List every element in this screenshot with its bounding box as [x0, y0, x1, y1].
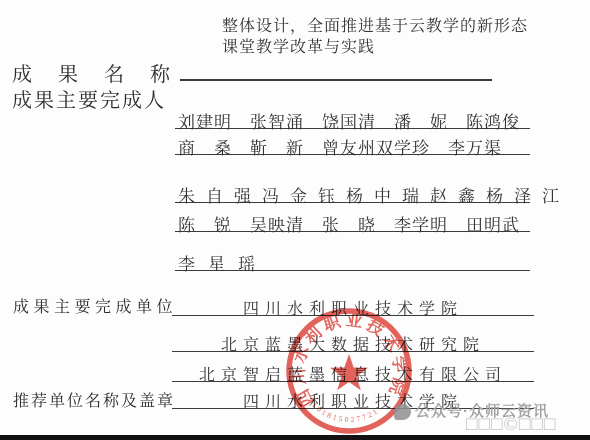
- main-unit-row-2: 北京蓝墨大数据技术研究院: [172, 332, 534, 352]
- main-unit-row-3: 北京智启蓝墨信息技术有限公司: [172, 362, 534, 382]
- achievement-name-underline: [180, 79, 492, 81]
- contributors-row-2: 商 桑 靳 新 曾友州双学珍 李万渠: [175, 134, 530, 155]
- main-units-label: 成果主要完成单位: [13, 294, 177, 317]
- achievement-name-label: 成果名称: [12, 58, 196, 87]
- recommender-label: 推荐单位名称及盖章: [13, 388, 175, 411]
- contributors-row-5: 李星瑶: [175, 250, 530, 271]
- scan-bottom-edge: [0, 435, 590, 440]
- main-unit-row-1: 四川水利职业技术学院: [172, 296, 534, 316]
- contributors-row-4: 陈 锐 吴映清 张 晓 李学明 田明武: [175, 211, 530, 232]
- achievement-name-line1: 整体设计，全面推进基于云教学的新形态: [222, 16, 528, 37]
- achievement-name-value: 整体设计，全面推进基于云教学的新形态 课堂教学改革与实践: [222, 16, 528, 58]
- contributors-row-3: 朱自强冯金钰杨中瑞赵鑫杨泽江: [175, 182, 530, 203]
- watermark-logo-icon: [394, 404, 411, 420]
- achievement-name-line2: 课堂教学改革与实践: [222, 37, 528, 58]
- contributors-label: 成果主要完成人: [12, 84, 166, 113]
- contributors-row-1: 刘建明 张智涌 饶国清 潘 妮 陈鸿俊: [175, 108, 530, 129]
- watermark-outline-text: □□□©□□□: [466, 414, 556, 436]
